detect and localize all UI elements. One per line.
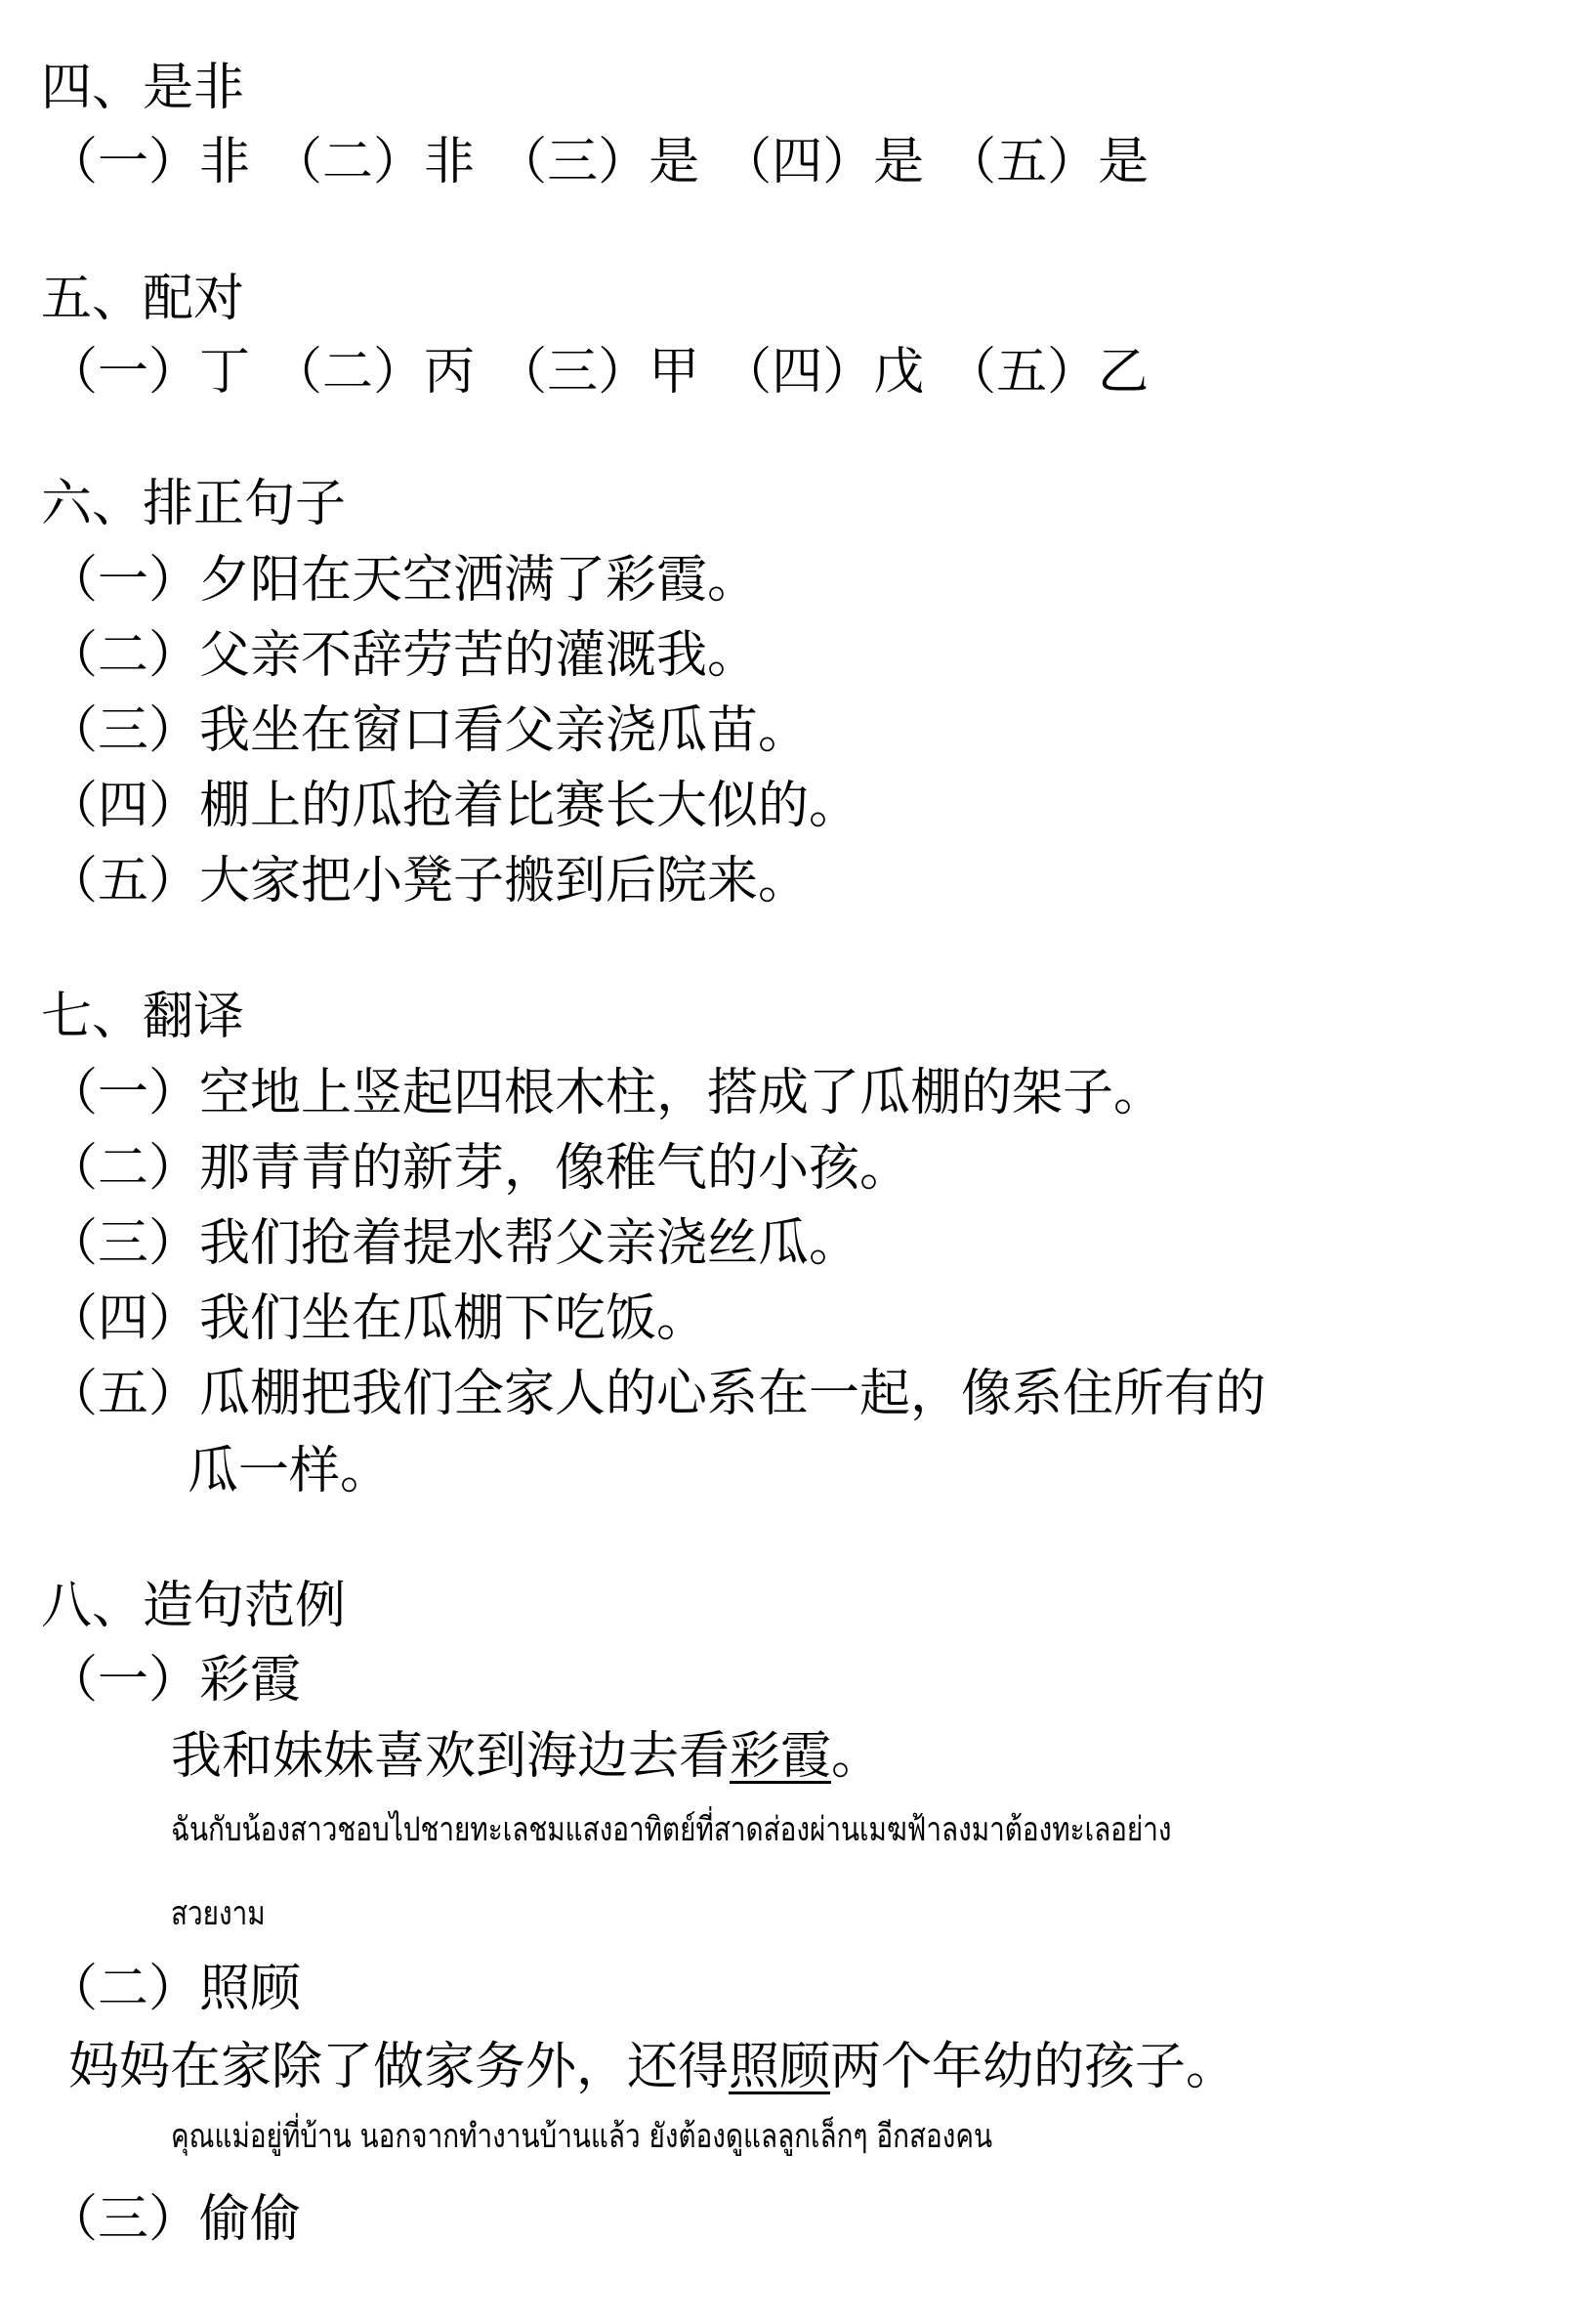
answer-value: 非 (424, 133, 475, 191)
list-item: （三）我们抢着提水帮父亲浇丝瓜。 (47, 1218, 859, 1269)
item-text: 大家把小凳子搬到后院来。 (199, 852, 809, 910)
answer-value: 是 (649, 133, 699, 191)
item-text: 我坐在窗口看父亲浇瓜苗。 (199, 701, 809, 760)
example-word-heading: （一）彩霞 (47, 1655, 301, 1706)
example-word: 照顾 (199, 1960, 301, 2018)
section-heading-reorder: 六、排正句子 (41, 479, 346, 529)
item-number: （一） (47, 551, 199, 610)
answer-number: （五） (945, 133, 1098, 191)
item-number: （五） (47, 852, 199, 910)
list-item-continuation: 瓜一样。 (188, 1446, 391, 1497)
list-item: （三）我坐在窗口看父亲浇瓜苗。 (47, 705, 809, 756)
answer-number: （一） (47, 133, 199, 191)
answer-value: 乙 (1098, 343, 1149, 401)
answer-row-true-false: （一）非（二）非（三）是（四）是（五）是 (47, 137, 1149, 188)
item-number: （三） (47, 1214, 199, 1273)
list-item: （四）棚上的瓜抢着比赛长大似的。 (47, 781, 859, 831)
thai-translation-continuation: สวยงาม (171, 1897, 266, 1930)
list-item: （四）我们坐在瓜棚下吃饭。 (47, 1293, 707, 1344)
item-number: （三） (47, 701, 199, 760)
section-heading-translation: 七、翻译 (41, 992, 244, 1042)
thai-translation: ฉันกับน้องสาวชอบไปชายทะเลชมแสงอาทิตย์ที่… (171, 1813, 1172, 1846)
item-text: 瓜棚把我们全家人的心系在一起，像系住所有的 (199, 1365, 1266, 1423)
section-heading-true-false: 四、是非 (41, 63, 244, 113)
list-item: （五）大家把小凳子搬到后院来。 (47, 856, 809, 907)
sentence-text: 妈妈在家除了做家务外，还得 (68, 2038, 729, 2096)
answer-row-matching: （一）丁（二）丙（三）甲（四）戊（五）乙 (47, 347, 1149, 398)
list-item: （二）那青青的新芽，像稚气的小孩。 (47, 1143, 910, 1194)
answer-number: （四） (721, 343, 873, 401)
list-item: （五）瓜棚把我们全家人的心系在一起，像系住所有的 (47, 1369, 1266, 1419)
list-item: （一）空地上竖起四根木柱，搭成了瓜棚的架子。 (47, 1068, 1164, 1119)
underlined-word: 彩霞 (730, 1727, 831, 1786)
item-number: （二） (47, 1960, 199, 2018)
answer-value: 甲 (649, 343, 699, 401)
item-text: 我们抢着提水帮父亲浇丝瓜。 (199, 1214, 859, 1273)
answer-number: （三） (496, 343, 649, 401)
example-word: 彩霞 (199, 1651, 301, 1710)
answer-number: （二） (272, 133, 424, 191)
answer-number: （二） (272, 343, 424, 401)
item-text: 我们坐在瓜棚下吃饭。 (199, 1289, 707, 1348)
item-number: （四） (47, 777, 199, 835)
item-text: 空地上竖起四根木柱，搭成了瓜棚的架子。 (199, 1064, 1164, 1122)
sentence-text: 两个年幼的孩子。 (830, 2038, 1236, 2096)
item-number: （三） (47, 2190, 199, 2249)
item-number: （一） (47, 1064, 199, 1122)
answer-value: 是 (873, 133, 924, 191)
answer-number: （三） (496, 133, 649, 191)
underlined-word: 照顾 (729, 2038, 830, 2096)
item-text: 父亲不辞劳苦的灌溉我。 (199, 626, 758, 685)
sentence-text: 。 (831, 1727, 882, 1786)
answer-value: 是 (1098, 133, 1149, 191)
item-number: （一） (47, 1651, 199, 1710)
example-sentence: 妈妈在家除了做家务外，还得照顾两个年幼的孩子。 (68, 2042, 1236, 2092)
list-item: （一）夕阳在天空洒满了彩霞。 (47, 555, 758, 606)
answer-number: （一） (47, 343, 199, 401)
answer-value: 丙 (424, 343, 475, 401)
item-number: （五） (47, 1365, 199, 1423)
answer-number: （五） (945, 343, 1098, 401)
item-number: （四） (47, 1289, 199, 1348)
answer-value: 戊 (873, 343, 924, 401)
answer-value: 非 (199, 133, 250, 191)
list-item: （二）父亲不辞劳苦的灌溉我。 (47, 630, 758, 681)
section-heading-matching: 五、配对 (41, 274, 244, 324)
example-word-heading: （二）照顾 (47, 1964, 301, 2014)
example-word-heading: （三）偷偷 (47, 2194, 301, 2245)
example-word: 偷偷 (199, 2190, 301, 2249)
item-text: 棚上的瓜抢着比赛长大似的。 (199, 777, 859, 835)
item-number: （二） (47, 626, 199, 685)
example-sentence: 我和妹妹喜欢到海边去看彩霞。 (171, 1731, 882, 1782)
item-text: 那青青的新芽，像稚气的小孩。 (199, 1139, 910, 1198)
item-number: （二） (47, 1139, 199, 1198)
section-heading-sentence-examples: 八、造句范例 (41, 1581, 346, 1631)
answer-value: 丁 (199, 343, 250, 401)
thai-translation: คุณแม่อยู่ที่บ้าน นอกจากทำงานบ้านแล้ว ยั… (171, 2120, 992, 2153)
sentence-text: 我和妹妹喜欢到海边去看 (171, 1727, 730, 1786)
answer-number: （四） (721, 133, 873, 191)
item-text: 夕阳在天空洒满了彩霞。 (199, 551, 758, 610)
